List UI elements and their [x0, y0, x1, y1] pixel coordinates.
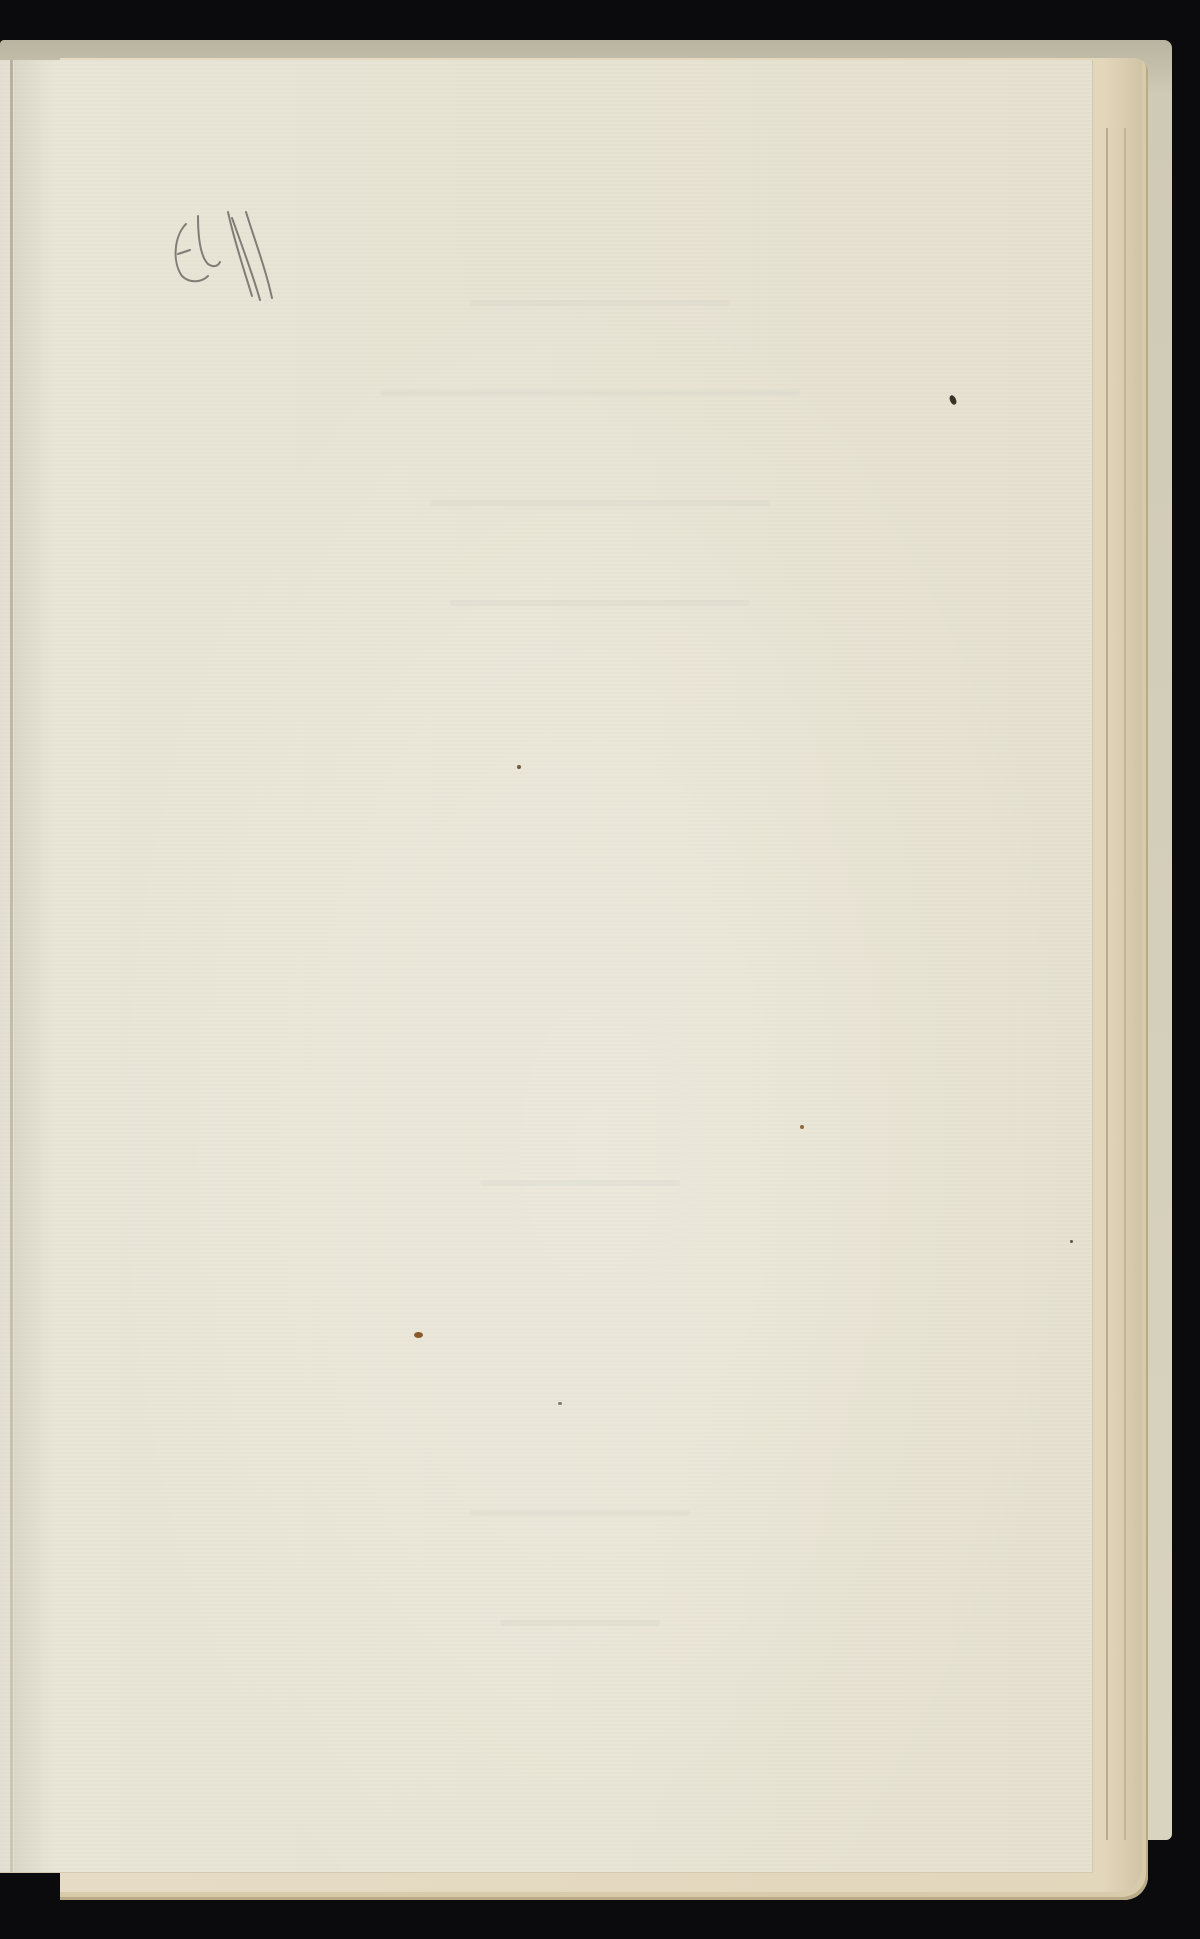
- page-edge-line: [1124, 128, 1126, 1840]
- pencil-shelfmark: [168, 210, 293, 310]
- ink-speck: [948, 394, 958, 406]
- show-through: [380, 390, 800, 396]
- speck: [800, 1125, 804, 1129]
- show-through: [470, 1510, 690, 1516]
- speck: [1070, 1240, 1073, 1243]
- gutter-line: [10, 60, 13, 1872]
- speck: [517, 765, 521, 769]
- speck: [558, 1402, 562, 1405]
- gutter-shade: [14, 60, 54, 1872]
- page-edge-line: [1106, 128, 1108, 1840]
- show-through: [470, 300, 730, 306]
- show-through: [450, 600, 750, 606]
- blank-leaf: Ell: [0, 60, 1093, 1873]
- show-through: [480, 1180, 680, 1186]
- shelfmark-text: Ell: [0, 60, 1, 61]
- book-scan: Ell: [0, 0, 1200, 1939]
- foxing-speck: [414, 1332, 423, 1338]
- show-through: [500, 1620, 660, 1626]
- show-through: [430, 500, 770, 506]
